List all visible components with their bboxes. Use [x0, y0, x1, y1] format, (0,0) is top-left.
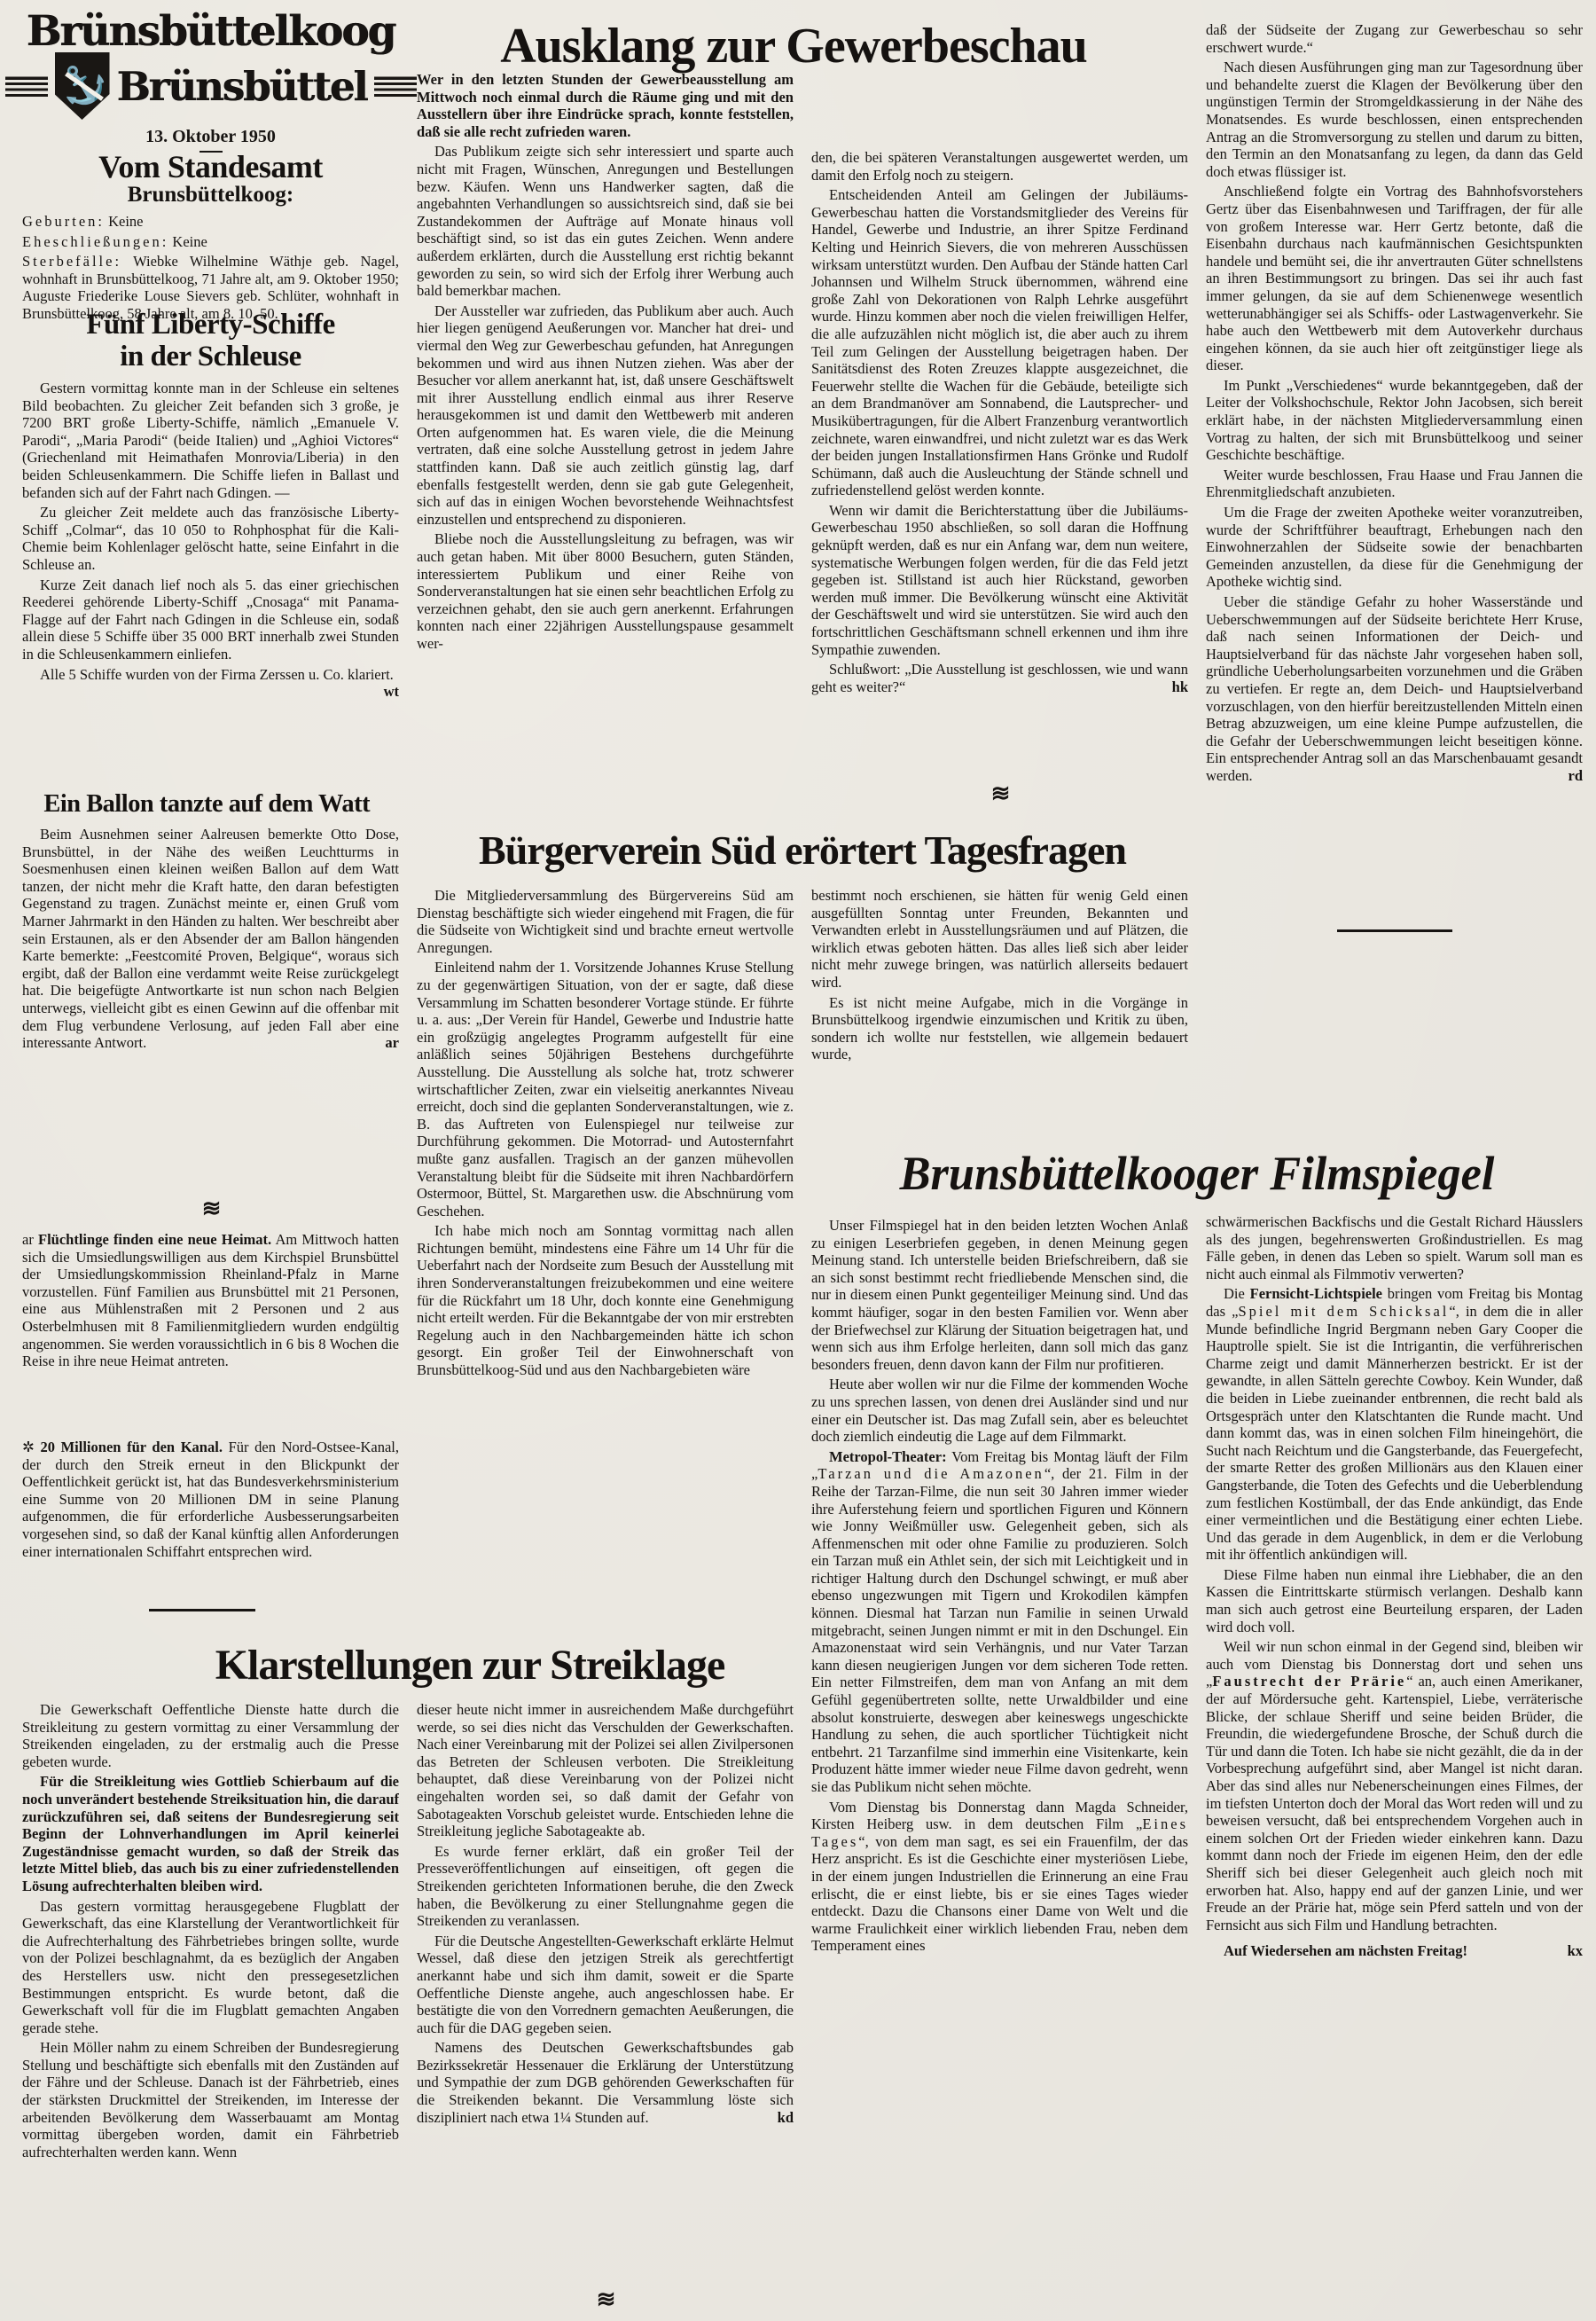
- author-initials: kd: [778, 2109, 794, 2127]
- paragraph: Kurze Zeit danach lief noch als 5. das e…: [22, 576, 399, 663]
- paragraph: Diese Filme haben nun einmal ihre Liebha…: [1206, 1566, 1583, 1635]
- paragraph: Bliebe noch die Ausstellungsleitung zu b…: [417, 530, 794, 652]
- article-ballon: Ein Ballon tanzte auf dem Watt Beim Ausn…: [22, 789, 399, 1055]
- cinema-name: Metropol-Theater:: [829, 1448, 947, 1465]
- headline-ballon: Ein Ballon tanzte auf dem Watt: [22, 789, 392, 819]
- paragraph: Die Gewerkschaft Oeffentliche Dienste ha…: [22, 1701, 399, 1770]
- paragraph: Ich habe mich noch am Sonntag vormittag …: [417, 1222, 794, 1378]
- paragraph: Schlußwort: „Die Ausstellung ist geschlo…: [811, 661, 1188, 695]
- headline-ausklang: Ausklang zur Gewerbeschau: [395, 18, 1193, 74]
- masthead: Brünsbüttelkoog ⚓ Brünsbüttel 13. Oktobe…: [22, 7, 399, 153]
- headline-klarstellungen: Klarstellungen zur Streiklage: [133, 1641, 807, 1690]
- article-ausklang-col3: den, die bei späteren Veranstaltungen au…: [811, 149, 1188, 780]
- paragraph: Für die Deutsche Angestellten-Gewerkscha…: [417, 1933, 794, 2037]
- paragraph: bestimmt noch erschienen, sie hätten für…: [811, 887, 1188, 992]
- section-rule: [149, 1609, 255, 1611]
- register-row: Geburten: Keine: [22, 213, 399, 231]
- run-in-headline: 20 Millionen für den Kanal.: [40, 1439, 222, 1455]
- paragraph: Beim Ausnehmen seiner Aalreusen bemerkte…: [22, 826, 399, 1052]
- article-buergerverein-col2: Die Mitgliederversammlung des Bürgervere…: [417, 887, 794, 1610]
- newspaper-page: Brünsbüttelkoog ⚓ Brünsbüttel 13. Oktobe…: [0, 0, 1596, 2321]
- squiggle-divider: ≋: [22, 1197, 399, 1220]
- masthead-title-line1: Brünsbüttelkoog: [22, 7, 399, 56]
- headline-buergerverein: Bürgerverein Süd erörtert Tagesfragen: [417, 827, 1188, 874]
- film-title: Spiel mit dem Schicksal: [1238, 1303, 1449, 1320]
- paragraph: ar Flüchtlinge finden eine neue Heimat. …: [22, 1231, 399, 1370]
- headline-liberty: Fünf Liberty-Schiffein der Schleuse: [22, 309, 399, 372]
- article-filmspiegel-col3: Unser Filmspiegel hat in den beiden letz…: [811, 1217, 1188, 2315]
- paragraph: schwärmerischen Backfischs und die Gesta…: [1206, 1213, 1583, 1282]
- paragraph: Entscheidenden Anteil am Gelingen der Ju…: [811, 186, 1188, 499]
- paragraph: Metropol-Theater: Vom Freitag bis Montag…: [811, 1448, 1188, 1796]
- paragraph: Das Publikum zeigte sich sehr interessie…: [417, 143, 794, 299]
- closing-line: Auf Wiedersehen am nächsten Freitag!kx: [1206, 1942, 1583, 1960]
- paragraph: Nach diesen Ausführungen ging man zur Ta…: [1206, 59, 1583, 180]
- paragraph: Der Aussteller war zufrieden, das Publik…: [417, 302, 794, 529]
- subheadline-standesamt: Brunsbüttelkoog:: [22, 183, 399, 208]
- section-rule: [1337, 929, 1452, 932]
- paragraph: Um die Frage der zweiten Apotheke weiter…: [1206, 504, 1583, 591]
- paragraph: Das gestern vormittag herausgegebene Flu…: [22, 1898, 399, 2037]
- paragraph: Heute aber wollen wir nur die Filme der …: [811, 1376, 1188, 1445]
- article-filmspiegel-col4: schwärmerischen Backfischs und die Gesta…: [1206, 1213, 1583, 2315]
- paragraph: Namens des Deutschen Gewerkschaftsbundes…: [417, 2039, 794, 2126]
- headline-standesamt: Vom Standesamt: [22, 151, 399, 183]
- author-initials: ar: [385, 1034, 399, 1052]
- register-row: Eheschließungen: Keine: [22, 233, 399, 251]
- masthead-right-ornament: [374, 75, 417, 97]
- article-liberty-schiffe: Fünf Liberty-Schiffein der Schleuse Gest…: [22, 309, 399, 701]
- paragraph: Zu gleicher Zeit meldete auch das franzö…: [22, 504, 399, 573]
- paragraph: Für die Streikleitung wies Gottlieb Schi…: [22, 1773, 399, 1894]
- paragraph: ✲ 20 Millionen für den Kanal. Für den No…: [22, 1439, 399, 1560]
- masthead-left-ornament: [5, 75, 48, 97]
- masthead-title-line2: Brünsbüttel: [117, 63, 367, 110]
- paragraph: Weil wir nun schon einmal in der Gegend …: [1206, 1638, 1583, 1933]
- article-standesamt: Vom Standesamt Brunsbüttelkoog: Geburten…: [22, 151, 399, 325]
- paragraph: Es wurde ferner erklärt, daß ein großer …: [417, 1843, 794, 1930]
- film-title: Tarzan und die Amazonen: [818, 1465, 1044, 1482]
- paragraph: Alle 5 Schiffe wurden von der Firma Zers…: [22, 666, 399, 684]
- squiggle-divider: ≋: [417, 2288, 794, 2311]
- paragraph: Vom Dienstag bis Donnerstag dann Magda S…: [811, 1799, 1188, 1955]
- issue-date: 13. Oktober 1950: [22, 127, 399, 147]
- coat-of-arms-icon: ⚓: [55, 52, 110, 120]
- paragraph: daß der Südseite der Zugang zur Gewerbes…: [1206, 21, 1583, 56]
- article-kanal: ✲ 20 Millionen für den Kanal. Für den No…: [22, 1439, 399, 1563]
- author-initials: rd: [1569, 767, 1584, 785]
- article-buergerverein-col4: daß der Südseite der Zugang zur Gewerbes…: [1206, 21, 1583, 919]
- paragraph: Unser Filmspiegel hat in den beiden letz…: [811, 1217, 1188, 1373]
- paragraph: dieser heute nicht immer in ausreichende…: [417, 1701, 794, 1840]
- paragraph: Im Punkt „Verschiedenes“ wurde bekanntge…: [1206, 377, 1583, 464]
- article-ausklang-col2: Wer in den letzten Stunden der Gewerbeau…: [417, 71, 794, 827]
- cinema-name: Fernsicht-Lichtspiele: [1250, 1285, 1382, 1302]
- author-initials: wt: [384, 683, 399, 701]
- paragraph: Es ist nicht meine Aufgabe, mich in die …: [811, 994, 1188, 1063]
- paragraph: Anschließend folgte ein Vortrag des Bahn…: [1206, 183, 1583, 374]
- article-fluechtlinge: ar Flüchtlinge finden eine neue Heimat. …: [22, 1231, 399, 1373]
- author-initials: hk: [1172, 678, 1188, 696]
- paragraph: Wenn wir damit die Berichterstattung übe…: [811, 502, 1188, 658]
- article-klarstellungen-col1: Die Gewerkschaft Oeffentliche Dienste ha…: [22, 1701, 399, 2313]
- article-buergerverein-col3: bestimmt noch erschienen, sie hätten für…: [811, 887, 1188, 1142]
- paragraph: Die Fernsicht-Lichtspiele bringen vom Fr…: [1206, 1285, 1583, 1564]
- paragraph: Weiter wurde beschlossen, Frau Haase und…: [1206, 467, 1583, 501]
- paragraph: Ueber die ständige Gefahr zu hoher Wasse…: [1206, 593, 1583, 785]
- squiggle-divider: ≋: [811, 782, 1188, 805]
- paragraph: Gestern vormittag konnte man in der Schl…: [22, 380, 399, 501]
- paragraph: Einleitend nahm der 1. Vorsitzende Johan…: [417, 959, 794, 1219]
- star-icon: ✲: [22, 1439, 35, 1455]
- paragraph: den, die bei späteren Veranstaltungen au…: [811, 149, 1188, 184]
- article-intro: Wer in den letzten Stunden der Gewerbeau…: [417, 71, 794, 140]
- run-in-headline: Flüchtlinge finden eine neue Heimat.: [38, 1231, 271, 1248]
- paragraph: Die Mitgliederversammlung des Bürgervere…: [417, 887, 794, 956]
- author-initials: kx: [1568, 1942, 1583, 1960]
- headline-filmspiegel: Brunsbüttelkooger Filmspiegel: [896, 1146, 1498, 1201]
- article-klarstellungen-col2: dieser heute nicht immer in ausreichende…: [417, 1701, 794, 2286]
- paragraph: Hein Möller nahm zu einem Schreiben der …: [22, 2039, 399, 2160]
- film-title: Faustrecht der Prärie: [1212, 1673, 1406, 1690]
